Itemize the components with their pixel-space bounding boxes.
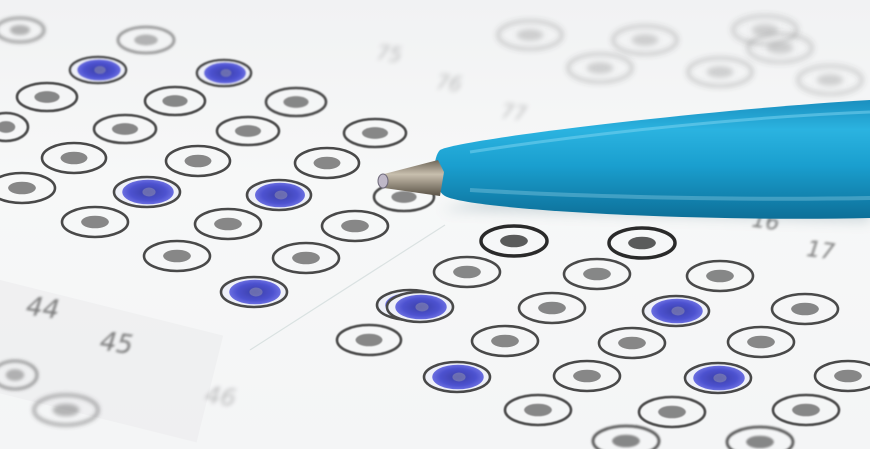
empty-bubble (17, 83, 77, 111)
empty-bubble (322, 211, 388, 241)
empty-bubble (773, 395, 839, 425)
empty-bubble (295, 148, 359, 178)
empty-bubble (0, 18, 44, 42)
empty-bubble (166, 146, 230, 176)
filled-bubble (387, 292, 453, 322)
question-number: 76 (433, 70, 466, 97)
empty-bubble (0, 113, 28, 141)
empty-bubble (728, 327, 794, 357)
empty-bubble (62, 207, 128, 237)
empty-bubble (273, 243, 339, 273)
filled-bubble (197, 60, 251, 86)
empty-bubble (593, 426, 659, 449)
empty-bubble (505, 395, 571, 425)
empty-bubble (42, 143, 106, 173)
empty-bubble (554, 361, 620, 391)
empty-bubble (599, 328, 665, 358)
question-number: 77 (497, 99, 530, 126)
empty-bubble (688, 58, 752, 86)
filled-bubble (643, 296, 709, 326)
photo-canvas: 444543467576771617 (0, 0, 870, 449)
blue-pen (378, 100, 870, 222)
filled-bubble (221, 277, 287, 307)
empty-bubble (772, 294, 838, 324)
empty-bubble (344, 119, 406, 147)
empty-bubble (564, 259, 630, 289)
filled-bubble (424, 362, 490, 392)
empty-bubble (94, 115, 156, 143)
empty-bubble (266, 88, 326, 116)
empty-bubble (798, 66, 862, 94)
empty-bubble (733, 16, 797, 44)
empty-bubble (217, 117, 279, 145)
empty-bubble (481, 226, 547, 256)
filled-bubble (685, 363, 751, 393)
filled-bubble (70, 57, 126, 83)
filled-bubble (247, 180, 311, 210)
empty-bubble (568, 54, 632, 82)
empty-bubble (498, 21, 562, 49)
empty-bubble (434, 257, 500, 287)
empty-bubble (0, 173, 55, 203)
empty-bubble (687, 261, 753, 291)
filled-bubble (114, 177, 180, 207)
question-number: 75 (373, 40, 406, 67)
empty-bubble (118, 27, 174, 53)
empty-bubble (748, 34, 812, 62)
empty-bubble (337, 325, 401, 355)
empty-bubble (195, 209, 261, 239)
empty-bubble (519, 293, 585, 323)
question-number: 17 (802, 236, 838, 265)
empty-bubble (472, 326, 538, 356)
empty-bubble (609, 228, 675, 258)
empty-bubble (144, 241, 210, 271)
empty-bubble (639, 397, 705, 427)
empty-bubble (815, 361, 870, 391)
empty-bubble (145, 87, 205, 115)
answer-sheet-photo: 444543467576771617 (0, 0, 870, 449)
empty-bubble (613, 26, 677, 54)
empty-bubble (727, 427, 793, 449)
